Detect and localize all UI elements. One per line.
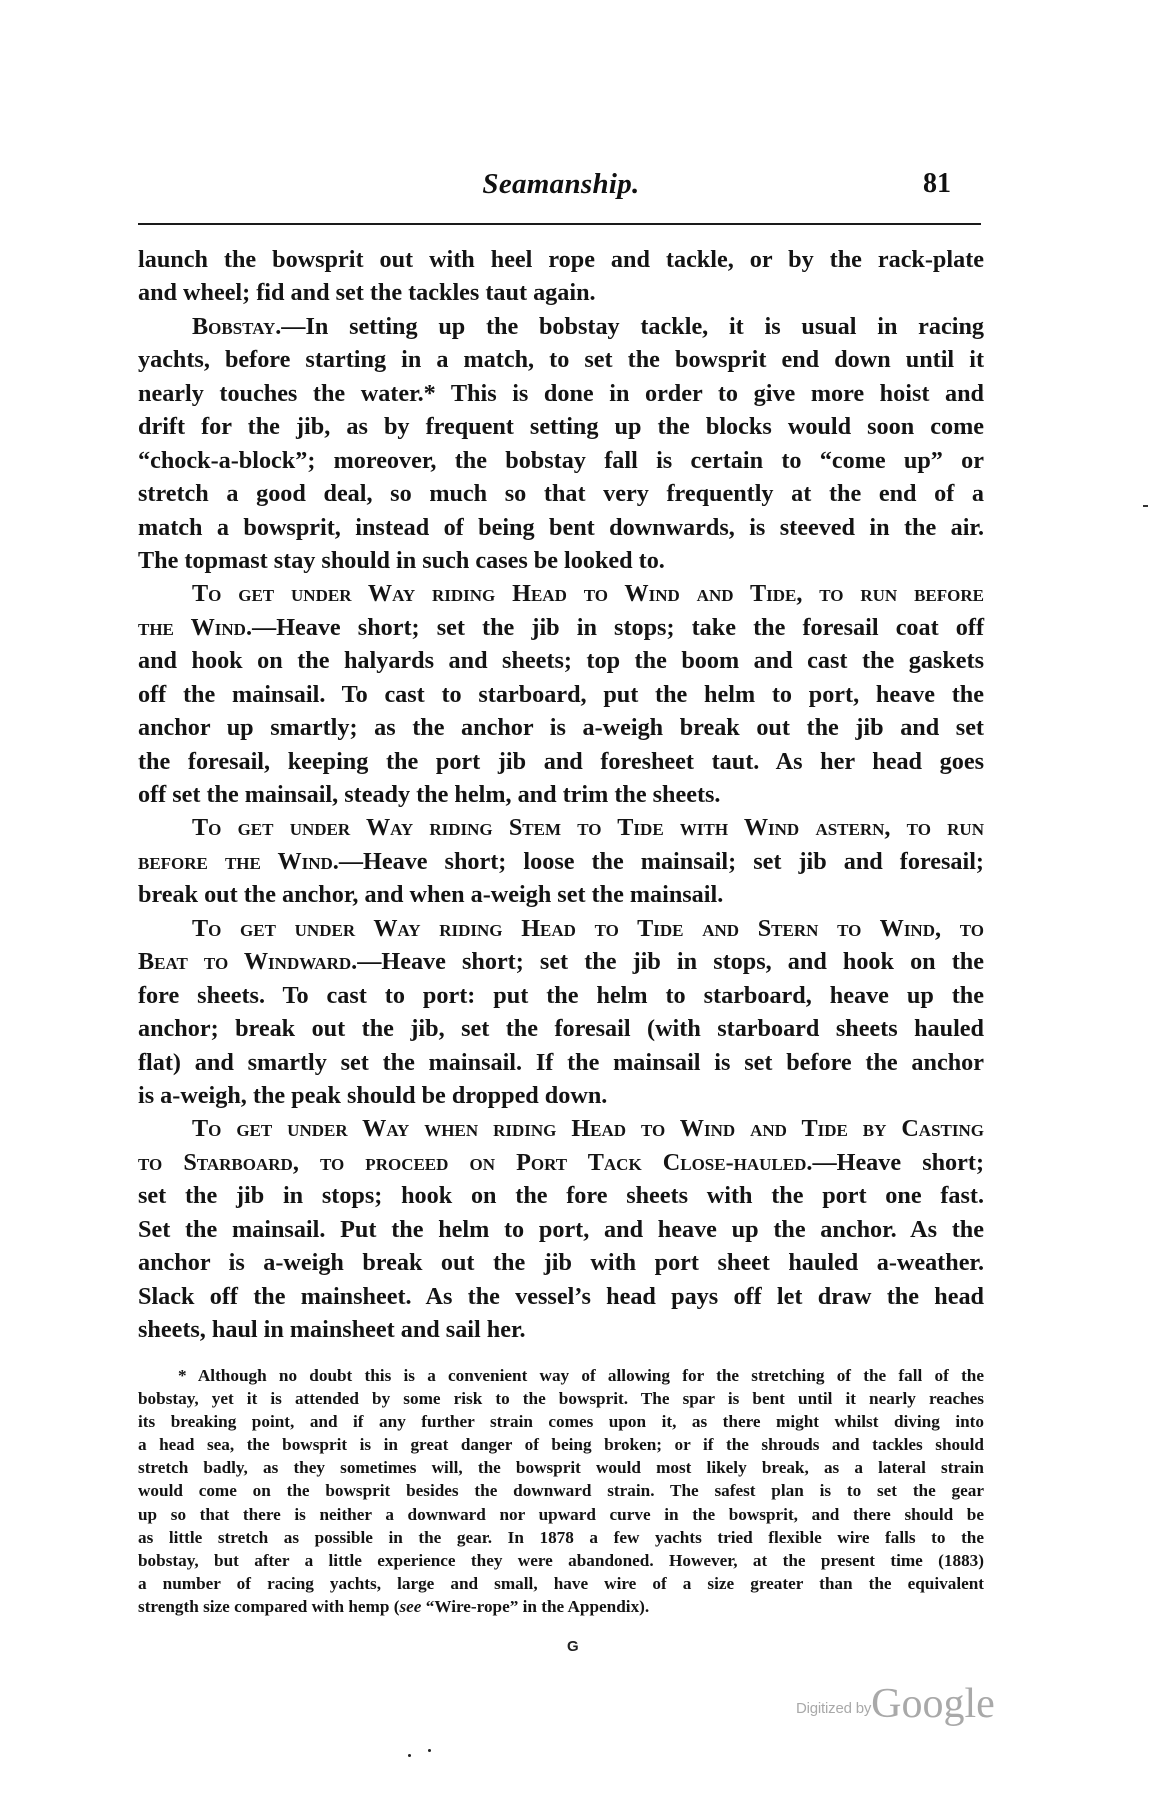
text-run: up so that there is neither a downward n… [138, 1505, 984, 1524]
paragraph-line: anchor up smartly; as the anchor is a-we… [138, 711, 984, 744]
paragraph-line: The topmast stay should in such cases be… [138, 544, 984, 577]
digitized-by-google-watermark: Digitized byGoogle [796, 1680, 995, 1728]
section-heading: To get under Way when riding Head to Win… [192, 1115, 984, 1142]
line-text: break out the anchor, and when a-weigh s… [138, 878, 984, 911]
paragraph-line: To get under Way riding Head to Tide and… [138, 912, 984, 945]
line-text: The topmast stay should in such cases be… [138, 544, 984, 577]
paragraph-line: and wheel; fid and set the tackles taut … [138, 276, 984, 309]
text-run: flat) and smartly set the mainsail. If t… [138, 1049, 984, 1076]
paragraph-line: sheets, haul in mainsheet and sail her. [138, 1313, 984, 1346]
footnote-line: stretch badly, as they sometimes will, t… [138, 1456, 984, 1479]
paragraph-line: Set the mainsail. Put the helm to port, … [138, 1213, 984, 1246]
paragraph-line: To get under Way riding Stem to Tide wit… [138, 811, 984, 844]
footnote-line: bobstay, yet it is attended by some risk… [138, 1387, 984, 1410]
paragraph-line: and hook on the halyards and sheets; top… [138, 644, 984, 677]
section-heading: before the Wind. [138, 848, 339, 875]
line-text: anchor is a-weigh break out the jib with… [138, 1246, 984, 1279]
section-heading: Beat to Windward. [138, 948, 357, 975]
line-text: To get under Way when riding Head to Win… [192, 1112, 984, 1145]
footnote-line: * Although no doubt this is a convenient… [138, 1364, 984, 1387]
line-text: fore sheets. To cast to port: put the he… [138, 979, 984, 1012]
line-text: a head sea, the bowsprit is in great dan… [138, 1433, 984, 1456]
text-run: a number of racing yachts, large and sma… [138, 1574, 984, 1593]
text-run: stretch badly, as they sometimes will, t… [138, 1458, 984, 1477]
book-page: Seamanship. 81 launch the bowsprit out w… [0, 0, 1153, 1800]
paragraph-line: match a bowsprit, instead of being bent … [138, 511, 984, 544]
text-run: Slack off the mainsheet. As the vessel’s… [138, 1283, 984, 1310]
text-run: its breaking point, and if any further s… [138, 1412, 984, 1431]
text-run: —Heave short; set the jib in stops; take… [252, 614, 984, 641]
text-run: launch the bowsprit out with heel rope a… [138, 246, 984, 273]
paragraph-line: Slack off the mainsheet. As the vessel’s… [138, 1280, 984, 1313]
text-run: off the mainsail. To cast to starboard, … [138, 681, 984, 708]
paragraph-line: flat) and smartly set the mainsail. If t… [138, 1046, 984, 1079]
line-text: To get under Way riding Stem to Tide wit… [192, 811, 984, 844]
text-run: match a bowsprit, instead of being bent … [138, 514, 984, 541]
paragraph-line: break out the anchor, and when a-weigh s… [138, 878, 984, 911]
text-run: break out the anchor, and when a-weigh s… [138, 881, 723, 908]
line-text: To get under Way riding Head to Tide and… [192, 912, 984, 945]
footnote-line: would come on the bowsprit besides the d… [138, 1479, 984, 1502]
text-run: drift for the jib, as by frequent settin… [138, 413, 984, 440]
paragraph-line: stretch a good deal, so much so that ver… [138, 477, 984, 510]
line-text: match a bowsprit, instead of being bent … [138, 511, 984, 544]
paragraph-line: fore sheets. To cast to port: put the he… [138, 979, 984, 1012]
signature-mark: G [567, 1638, 579, 1655]
line-text: and hook on the halyards and sheets; top… [138, 644, 984, 677]
line-text: Beat to Windward.—Heave short; set the j… [138, 945, 984, 978]
paragraph-line: anchor is a-weigh break out the jib with… [138, 1246, 984, 1279]
line-text: to Starboard, to proceed on Port Tack Cl… [138, 1146, 984, 1179]
section-heading: the Wind. [138, 614, 252, 641]
text-run: —Heave short; loose the mainsail; set ji… [339, 848, 984, 875]
text-run: fore sheets. To cast to port: put the he… [138, 982, 984, 1009]
line-text: set the jib in stops; hook on the fore s… [138, 1179, 984, 1212]
line-text: the foresail, keeping the port jib and f… [138, 745, 984, 778]
scan-speck [428, 1749, 431, 1752]
text-run: and wheel; fid and set the tackles taut … [138, 279, 596, 306]
paragraph-line: the foresail, keeping the port jib and f… [138, 745, 984, 778]
text-run: stretch a good deal, so much so that ver… [138, 480, 984, 507]
line-text: would come on the bowsprit besides the d… [138, 1479, 984, 1502]
line-text: and wheel; fid and set the tackles taut … [138, 276, 984, 309]
paragraph-line: Beat to Windward.—Heave short; set the j… [138, 945, 984, 978]
line-text: stretch a good deal, so much so that ver… [138, 477, 984, 510]
paragraph-line: launch the bowsprit out with heel rope a… [138, 243, 984, 276]
body-text: launch the bowsprit out with heel rope a… [138, 243, 984, 1346]
footnote: * Although no doubt this is a convenient… [138, 1364, 984, 1618]
line-text: a number of racing yachts, large and sma… [138, 1572, 984, 1595]
line-text: launch the bowsprit out with heel rope a… [138, 243, 984, 276]
text-run: set the jib in stops; hook on the fore s… [138, 1182, 984, 1209]
section-heading: To get under Way riding Head to Wind and… [192, 580, 984, 607]
paragraph-line: set the jib in stops; hook on the fore s… [138, 1179, 984, 1212]
text-run: yachts, before starting in a match, to s… [138, 346, 984, 373]
section-heading: To get under Way riding Head to Tide and… [192, 915, 984, 942]
line-text: off set the mainsail, steady the helm, a… [138, 778, 984, 811]
footnote-line: up so that there is neither a downward n… [138, 1503, 984, 1526]
section-heading: to Starboard, to proceed on Port Tack Cl… [138, 1149, 812, 1176]
footnote-line: its breaking point, and if any further s… [138, 1410, 984, 1433]
scan-speck [408, 1754, 411, 1757]
text-run: bobstay, but after a little experience t… [138, 1551, 984, 1570]
text-run: the foresail, keeping the port jib and f… [138, 748, 984, 775]
text-run: and hook on the halyards and sheets; top… [138, 647, 984, 674]
line-text: anchor; break out the jib, set the fores… [138, 1012, 984, 1045]
line-text: its breaking point, and if any further s… [138, 1410, 984, 1433]
scan-margin-mark [1143, 505, 1148, 507]
text-run: sheets, haul in mainsheet and sail her. [138, 1316, 526, 1343]
line-text: before the Wind.—Heave short; loose the … [138, 845, 984, 878]
line-text: Set the mainsail. Put the helm to port, … [138, 1213, 984, 1246]
paragraph-line: Bobstay.—In setting up the bobstay tackl… [138, 310, 984, 343]
text-run: as little stretch as possible in the gea… [138, 1528, 984, 1547]
text-run: anchor; break out the jib, set the fores… [138, 1015, 984, 1042]
paragraph-line: is a-weigh, the peak should be dropped d… [138, 1079, 984, 1112]
text-run: bobstay, yet it is attended by some risk… [138, 1389, 984, 1408]
text-run: “chock-a-block”; moreover, the bobstay f… [138, 447, 984, 474]
paragraph-line: to Starboard, to proceed on Port Tack Cl… [138, 1146, 984, 1179]
line-text: To get under Way riding Head to Wind and… [192, 577, 984, 610]
running-head-title: Seamanship. [138, 168, 984, 201]
paragraph-line: To get under Way when riding Head to Win… [138, 1112, 984, 1145]
line-text: drift for the jib, as by frequent settin… [138, 410, 984, 443]
text-run: off set the mainsail, steady the helm, a… [138, 781, 720, 808]
section-heading: To get under Way riding Stem to Tide wit… [192, 814, 984, 841]
footnote-line: strength size compared with hemp (see “W… [138, 1595, 984, 1618]
text-run: The topmast stay should in such cases be… [138, 547, 665, 574]
paragraph-line: nearly touches the water.* This is done … [138, 377, 984, 410]
text-run: “Wire-rope” in the Appendix). [421, 1597, 649, 1616]
text-run: —Heave short; [812, 1149, 984, 1176]
paragraph-line: anchor; break out the jib, set the fores… [138, 1012, 984, 1045]
line-text: * Although no doubt this is a convenient… [178, 1364, 984, 1387]
paragraph-line: the Wind.—Heave short; set the jib in st… [138, 611, 984, 644]
section-heading: Bobstay. [192, 313, 281, 340]
watermark-prefix: Digitized by [796, 1700, 871, 1717]
text-run: * Although no doubt this is a convenient… [178, 1366, 984, 1385]
line-text: the Wind.—Heave short; set the jib in st… [138, 611, 984, 644]
line-text: Bobstay.—In setting up the bobstay tackl… [192, 310, 984, 343]
watermark-brand: Google [871, 1681, 995, 1727]
footnote-line: a head sea, the bowsprit is in great dan… [138, 1433, 984, 1456]
page-number: 81 [923, 168, 951, 200]
text-run: —In setting up the bobstay tackle, it is… [281, 313, 984, 340]
paragraph-line: off the mainsail. To cast to starboard, … [138, 678, 984, 711]
text-run: nearly touches the water.* This is done … [138, 380, 984, 407]
text-run: see [399, 1597, 421, 1616]
line-text: up so that there is neither a downward n… [138, 1503, 984, 1526]
line-text: anchor up smartly; as the anchor is a-we… [138, 711, 984, 744]
paragraph-line: “chock-a-block”; moreover, the bobstay f… [138, 444, 984, 477]
line-text: is a-weigh, the peak should be dropped d… [138, 1079, 984, 1112]
line-text: “chock-a-block”; moreover, the bobstay f… [138, 444, 984, 477]
line-text: nearly touches the water.* This is done … [138, 377, 984, 410]
text-run: anchor is a-weigh break out the jib with… [138, 1249, 984, 1276]
footnote-line: bobstay, but after a little experience t… [138, 1549, 984, 1572]
paragraph-line: drift for the jib, as by frequent settin… [138, 410, 984, 443]
text-run: anchor up smartly; as the anchor is a-we… [138, 714, 984, 741]
footnote-line: as little stretch as possible in the gea… [138, 1526, 984, 1549]
line-text: strength size compared with hemp (see “W… [138, 1595, 984, 1618]
paragraph-line: yachts, before starting in a match, to s… [138, 343, 984, 376]
paragraph-line: off set the mainsail, steady the helm, a… [138, 778, 984, 811]
header-rule [138, 223, 981, 225]
paragraph-line: before the Wind.—Heave short; loose the … [138, 845, 984, 878]
line-text: bobstay, but after a little experience t… [138, 1549, 984, 1572]
paragraph-line: To get under Way riding Head to Wind and… [138, 577, 984, 610]
text-run: Set the mainsail. Put the helm to port, … [138, 1216, 984, 1243]
line-text: off the mainsail. To cast to starboard, … [138, 678, 984, 711]
line-text: sheets, haul in mainsheet and sail her. [138, 1313, 984, 1346]
line-text: Slack off the mainsheet. As the vessel’s… [138, 1280, 984, 1313]
footnote-line: a number of racing yachts, large and sma… [138, 1572, 984, 1595]
line-text: bobstay, yet it is attended by some risk… [138, 1387, 984, 1410]
line-text: yachts, before starting in a match, to s… [138, 343, 984, 376]
text-run: —Heave short; set the jib in stops, and … [357, 948, 984, 975]
text-run: strength size compared with hemp ( [138, 1597, 399, 1616]
running-head: Seamanship. 81 [138, 168, 984, 208]
line-text: as little stretch as possible in the gea… [138, 1526, 984, 1549]
line-text: stretch badly, as they sometimes will, t… [138, 1456, 984, 1479]
text-run: would come on the bowsprit besides the d… [138, 1481, 984, 1500]
text-run: is a-weigh, the peak should be dropped d… [138, 1082, 607, 1109]
line-text: flat) and smartly set the mainsail. If t… [138, 1046, 984, 1079]
text-run: a head sea, the bowsprit is in great dan… [138, 1435, 984, 1454]
